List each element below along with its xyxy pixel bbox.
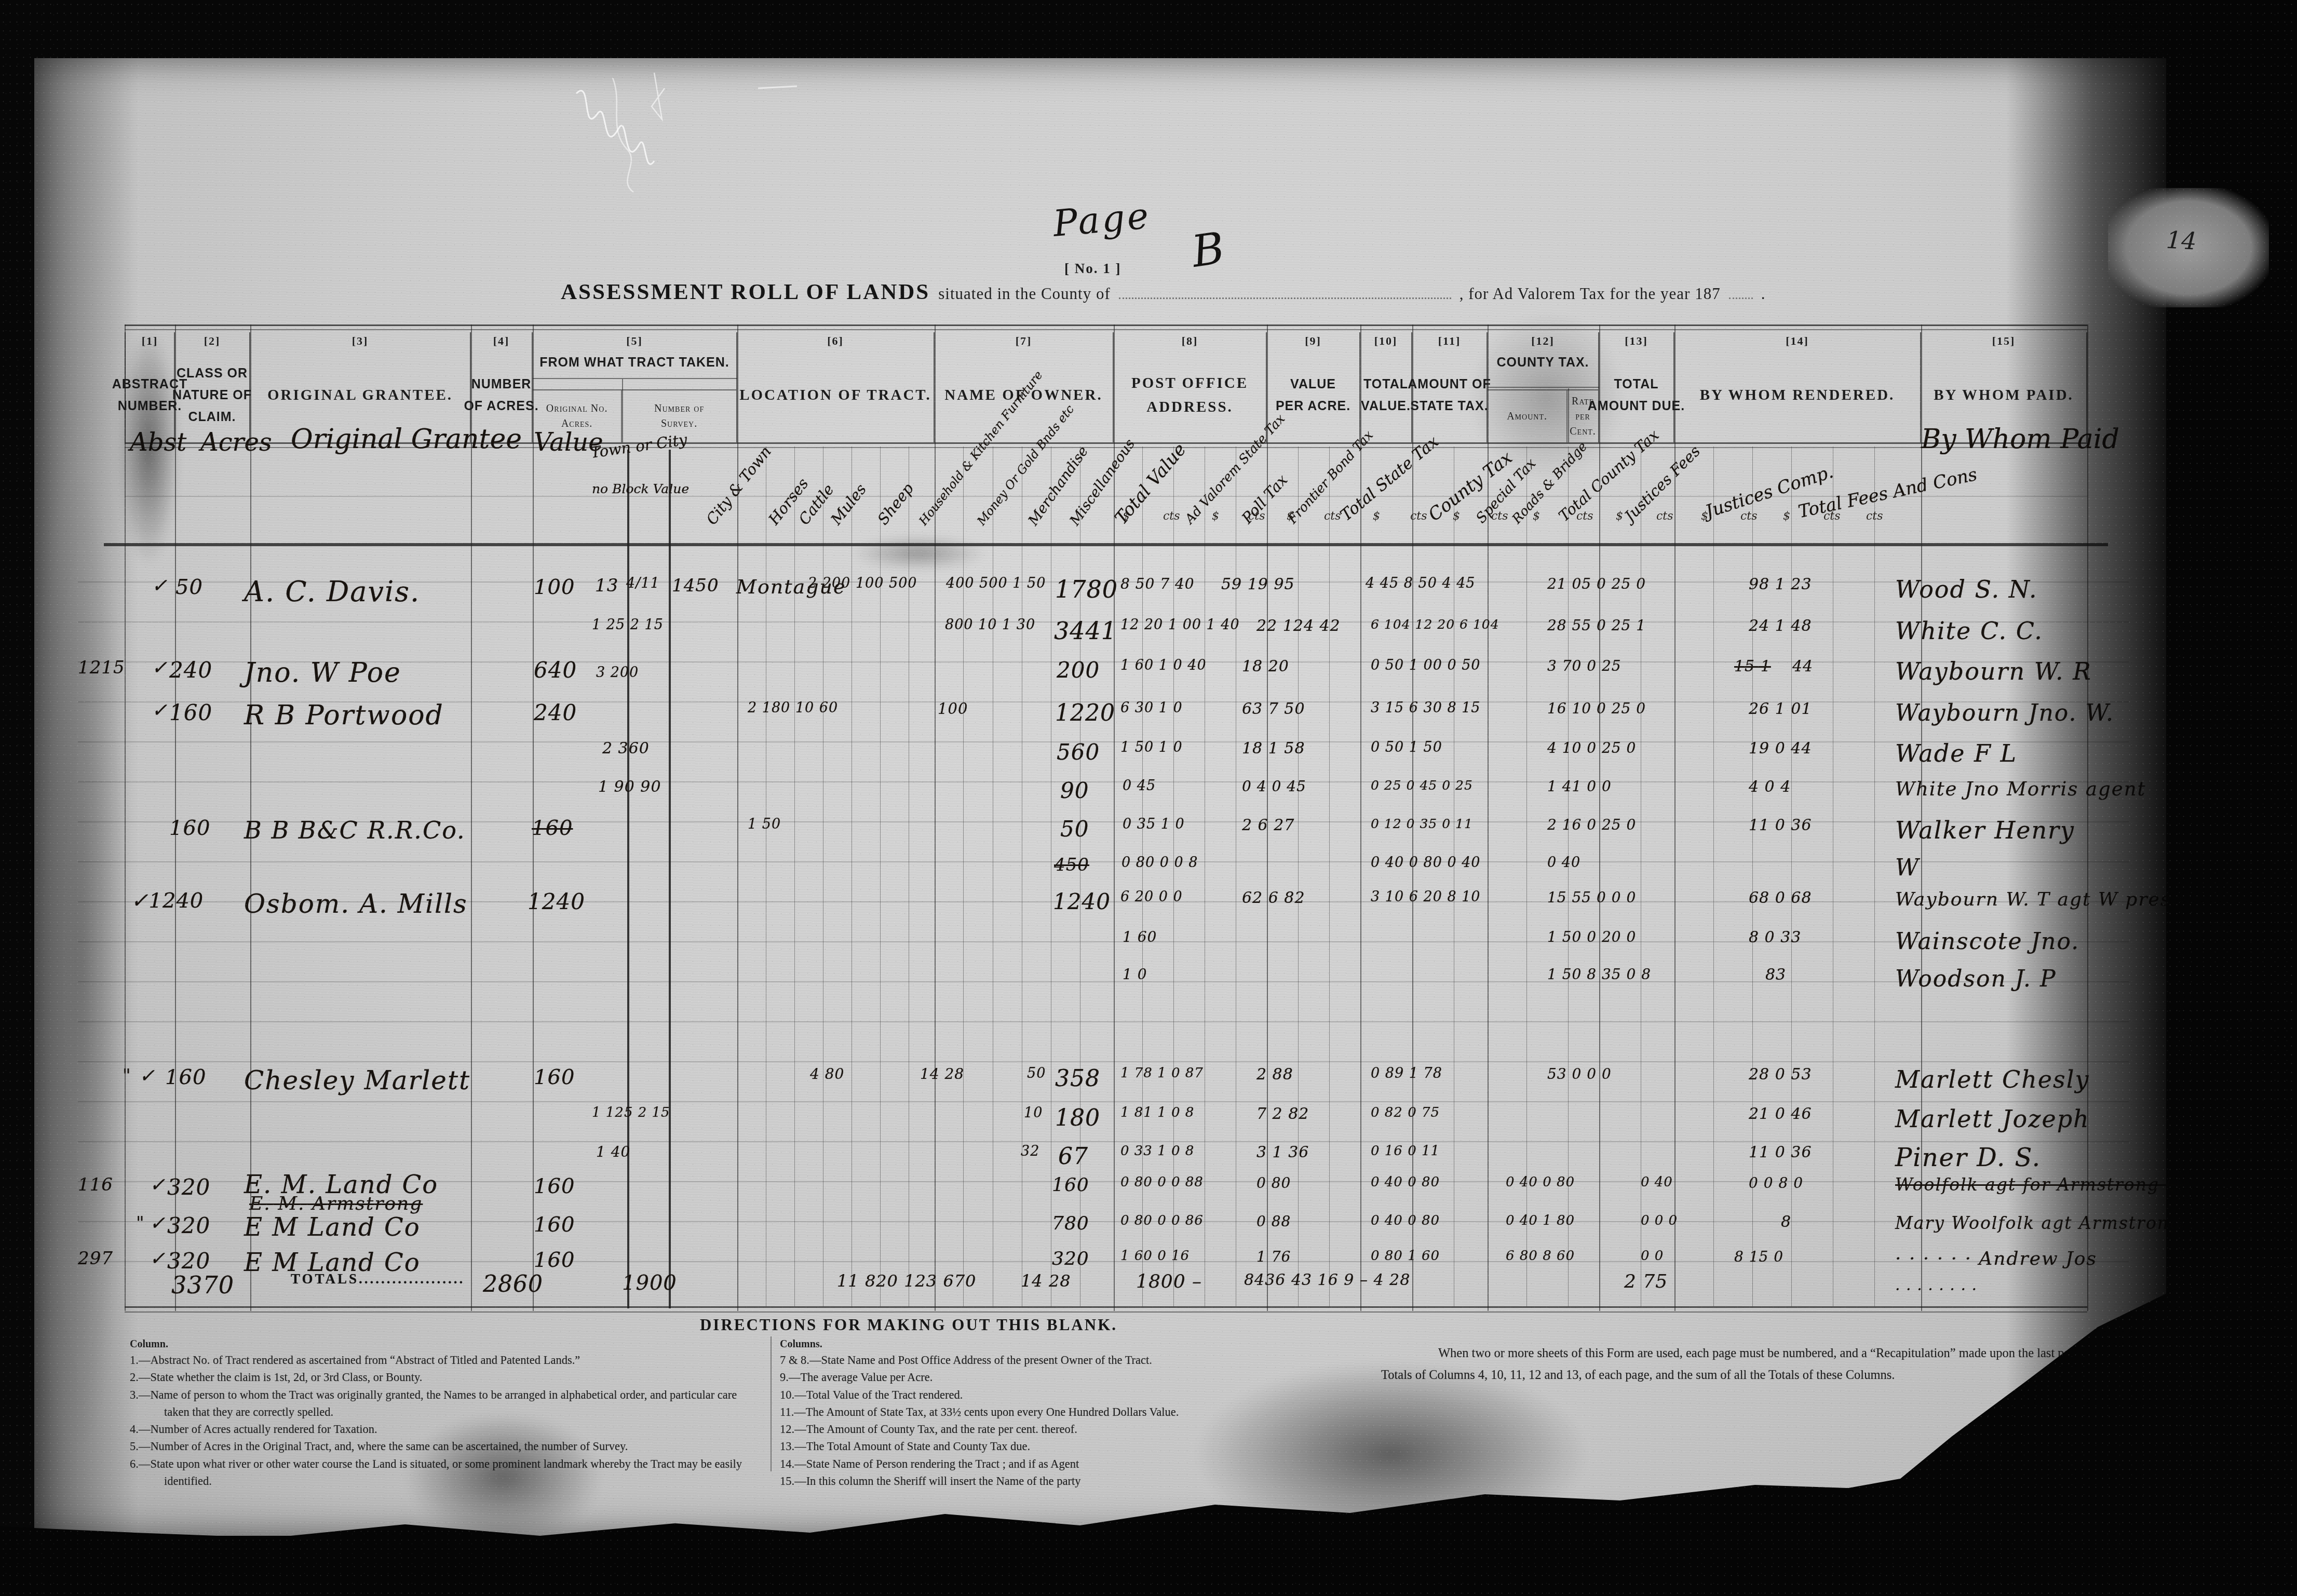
totals-entry: 1900 <box>622 1271 677 1295</box>
handwritten-entry: Wade F L <box>1895 739 2017 767</box>
handwritten-entry: 28 0 53 <box>1749 1065 1812 1084</box>
column-label-line: STATE TAX. <box>1410 399 1488 414</box>
printed-page-no: [ No. 1 ] <box>1064 261 1121 277</box>
directions-left-header: Column. <box>130 1338 761 1350</box>
handwritten-entry: 160 <box>534 1248 575 1272</box>
handwritten-entry: 0 80 0 0 88 <box>1120 1174 1204 1190</box>
handwritten-entry: 1215 <box>78 657 125 678</box>
column-label-line: COUNTY TAX. <box>1496 355 1589 370</box>
totals-entry: 1800 – <box>1136 1271 1202 1292</box>
handwritten-entry: 32 <box>1021 1143 1039 1159</box>
column-label-line: AMOUNT OF <box>1408 377 1491 392</box>
handwritten-entry: E M Land Co <box>244 1213 421 1242</box>
handwritten-entry: 640 <box>534 657 577 683</box>
currency-unit-label: $ <box>1616 510 1623 523</box>
column-number: [3] <box>352 334 369 348</box>
rule-line <box>78 941 2129 942</box>
directions-title: DIRECTIONS FOR MAKING OUT THIS BLANK. <box>535 1316 1282 1334</box>
column-subheader-line: Original No. <box>546 403 608 415</box>
column-number: [8] <box>1182 334 1198 348</box>
handwritten-entry: 1 25 2 15 <box>592 617 664 633</box>
totals-entry: 2860 <box>483 1271 543 1297</box>
handwritten-entry: 0 4 0 45 <box>1242 778 1306 795</box>
handwritten-column-label: no Block Value <box>592 481 689 496</box>
handwritten-entry: · · · · · · Andrew Jos <box>1895 1248 2097 1269</box>
handwritten-entry: ✓ <box>150 1213 166 1234</box>
handwritten-entry: 2 88 <box>1256 1065 1293 1084</box>
handwritten-entry: 0 40 1 80 <box>1506 1213 1575 1228</box>
column-subheader-line: Survey. <box>661 418 697 430</box>
rule-line <box>78 861 2129 862</box>
handwritten-entry: 1 60 0 16 <box>1120 1248 1190 1264</box>
handwritten-entry: 0 35 1 0 <box>1123 816 1185 832</box>
handwritten-entry: 1 125 2 15 <box>592 1105 670 1120</box>
directions-note: When two or more sheets of this Form are… <box>1381 1343 2176 1386</box>
handwritten-entry: 11 0 36 <box>1749 816 1812 834</box>
column-label-line: BY WHOM RENDERED. <box>1700 387 1895 404</box>
column-number: [2] <box>204 334 221 348</box>
handwritten-entry: 1 90 90 <box>598 778 661 796</box>
handwritten-entry: 1 78 1 0 87 <box>1120 1065 1204 1081</box>
handwritten-entry: 63 7 50 <box>1242 700 1305 718</box>
handwritten-entry: 8 50 7 40 <box>1120 575 1195 592</box>
handwritten-entry: Osbom. A. Mills <box>244 889 468 919</box>
handwritten-entry: 50 <box>1060 816 1089 842</box>
grid-line <box>669 450 671 1308</box>
handwritten-entry: 16 10 0 25 0 <box>1547 700 1646 717</box>
handwritten-entry: 780 <box>1052 1213 1089 1234</box>
handwritten-entry: Wood S. N. <box>1895 575 2038 603</box>
handwritten-entry: " <box>136 1213 145 1234</box>
handwritten-entry: 800 10 1 30 <box>945 617 1035 633</box>
handwritten-entry: Mary Woolfolk agt Armstrong CH <box>1895 1213 2218 1233</box>
handwritten-entry: 1 60 1 0 40 <box>1120 657 1207 673</box>
handwritten-entry: 2 16 0 25 0 <box>1547 816 1636 833</box>
column-header: [2]CLASS ORNATURE OFCLAIM. <box>175 332 250 442</box>
handwritten-entry: Wainscote Jno. <box>1895 928 2079 955</box>
year-blank-line <box>1729 280 1753 299</box>
handwritten-entry: 1 40 <box>596 1143 630 1160</box>
directions-item: 6.—State upon what river or other water … <box>130 1455 761 1490</box>
rule-line <box>78 1021 2129 1022</box>
directions-item: 14.—State Name of Person rendering the T… <box>780 1455 1338 1472</box>
handwritten-entry: 53 0 0 0 <box>1547 1065 1612 1083</box>
handwritten-entry: 50 <box>175 575 203 599</box>
handwritten-entry: 3 1 36 <box>1256 1143 1309 1161</box>
grid-line <box>2087 324 2088 1311</box>
handwritten-entry: 13 <box>595 575 618 596</box>
handwritten-column-label: Acres <box>200 428 272 457</box>
grid-line <box>622 379 623 442</box>
handwritten-entry: 0 80 0 0 8 <box>1122 855 1198 871</box>
handwritten-entry: ✓1240 <box>131 889 204 913</box>
handwritten-entry: 160 <box>1052 1174 1089 1196</box>
handwritten-entry: W <box>1895 855 1920 881</box>
column-header: [10]TOTALVALUE. <box>1360 332 1412 442</box>
rule-line <box>125 324 2087 326</box>
grid-line <box>1713 447 1714 1306</box>
handwritten-entry: 0 40 <box>1641 1174 1673 1190</box>
handwritten-entry: 160 <box>534 1174 575 1198</box>
handwritten-entry: 160 <box>169 816 210 840</box>
handwritten-entry: 320 <box>167 1174 210 1200</box>
totals-entry: 14 28 <box>1021 1271 1071 1291</box>
handwritten-entry: 0 33 1 0 8 <box>1120 1143 1194 1159</box>
handwritten-entry: 1 50 0 20 0 <box>1547 928 1636 945</box>
currency-unit-label: $ <box>1123 510 1130 523</box>
column-label-line: TOTAL <box>1363 377 1408 392</box>
rule-line <box>125 329 2087 330</box>
column-label-line: BY WHOM PAID. <box>1934 387 2074 404</box>
handwritten-entry: 297 <box>78 1248 113 1269</box>
handwritten-entry: Piner D. S. <box>1895 1143 2041 1172</box>
currency-unit-label: cts <box>1823 510 1840 523</box>
handwritten-entry: 2 200 100 500 <box>808 575 917 591</box>
handwritten-entry: 18 20 <box>1242 657 1289 675</box>
column-number: [10] <box>1374 334 1398 348</box>
column-label-line: AMOUNT DUE. <box>1588 399 1685 414</box>
directions-item: 4.—Number of Acres actually rendered for… <box>130 1421 761 1438</box>
handwritten-entry: 8 0 33 <box>1749 928 1801 946</box>
handwritten-entry: 59 19 95 <box>1221 575 1295 593</box>
column-number: [7] <box>1016 334 1032 348</box>
column-label: TOTALVALUE. <box>1361 377 1411 414</box>
grid-line <box>935 324 936 1311</box>
handwritten-entry: 0 80 <box>1256 1174 1291 1192</box>
rule-line <box>78 981 2129 982</box>
currency-unit-label: $ <box>1533 510 1540 523</box>
handwritten-entry: 98 1 23 <box>1749 575 1812 593</box>
handwritten-entry: 62 6 82 <box>1242 889 1305 907</box>
directions-item: 1.—Abstract No. of Tract rendered as asc… <box>130 1351 761 1369</box>
column-label-line: VALUE. <box>1361 399 1411 414</box>
column-label-line: LOCATION OF TRACT. <box>739 387 931 404</box>
column-header: [1]ABSTRACTNUMBER. <box>125 332 175 442</box>
handwritten-entry: Marlett Jozeph <box>1895 1105 2090 1133</box>
handwritten-entry: 0 40 0 80 <box>1371 1213 1440 1228</box>
handwritten-entry: 8 <box>1781 1213 1791 1231</box>
handwritten-entry: 1780 <box>1055 575 1118 603</box>
totals-entry: 3370 <box>171 1271 234 1299</box>
column-label: VALUEPER ACRE. <box>1276 377 1350 414</box>
handwritten-page-word: Page <box>1051 194 1152 245</box>
handwritten-entry: Marlett Chesly <box>1895 1065 2089 1093</box>
handwritten-entry: ✓ <box>150 1248 166 1269</box>
column-label-line: ORIGINAL GRANTEE. <box>267 387 453 404</box>
grid-line <box>1833 447 1833 1306</box>
handwritten-entry: 4 10 0 25 0 <box>1547 739 1636 756</box>
directions-divider <box>771 1336 772 1471</box>
handwritten-entry: 1240 <box>1053 889 1111 914</box>
form-title-main: ASSESSMENT ROLL OF LANDS <box>561 279 930 305</box>
directions-item: 12.—The Amount of County Tax, and the ra… <box>780 1421 1338 1438</box>
currency-unit-label: $ <box>1453 510 1460 523</box>
currency-unit-label: $ <box>1212 510 1219 523</box>
column-header: [8]POST OFFICEADDRESS. <box>1114 332 1267 442</box>
handwritten-entry: 0 12 0 35 0 11 <box>1371 816 1473 831</box>
handwritten-entry: 1 50 <box>748 816 781 832</box>
column-label-line: NUMBER <box>471 377 532 392</box>
directions-right-column: Columns. 7 & 8.—State Name and Post Offi… <box>780 1338 1338 1490</box>
county-blank-line <box>1119 280 1451 299</box>
handwritten-entry: 44 <box>1792 657 1813 675</box>
grid-line <box>471 324 472 1311</box>
handwritten-entry: 0 45 <box>1123 778 1156 794</box>
handwritten-entry: 450 <box>1054 855 1089 875</box>
handwritten-entry: Jno. W Poe <box>244 657 401 688</box>
currency-unit-label: $ <box>1287 510 1294 523</box>
handwritten-entry: Woolfolk agt for Armstrong CH <box>1895 1174 2196 1195</box>
column-label: TOTALAMOUNT DUE. <box>1588 377 1685 414</box>
handwritten-entry: 358 <box>1055 1065 1100 1092</box>
rule-line <box>78 1101 2129 1102</box>
column-label-line: OF ACRES. <box>464 399 538 414</box>
handwritten-entry: 160 <box>534 1065 575 1089</box>
rule-line <box>104 543 2108 546</box>
handwritten-entry: 67 <box>1058 1143 1088 1170</box>
grid-line <box>1051 447 1051 1306</box>
directions-right-header: Columns. <box>780 1338 1338 1350</box>
currency-unit-label: cts <box>1248 510 1265 523</box>
column-header: [11]AMOUNT OFSTATE TAX. <box>1412 332 1488 442</box>
handwritten-entry: 4/11 <box>626 575 660 591</box>
handwritten-entry: 240 <box>169 657 212 683</box>
grid-line <box>125 324 126 1311</box>
handwritten-entry: 116 <box>78 1174 113 1195</box>
handwritten-entry: 50 <box>1027 1065 1046 1081</box>
column-label: CLASS ORNATURE OFCLAIM. <box>172 366 252 425</box>
handwritten-entry: 320 <box>167 1213 210 1238</box>
column-number: [13] <box>1625 334 1648 348</box>
currency-unit-label: cts <box>1324 510 1341 523</box>
handwritten-entry: 0 0 0 <box>1641 1213 1678 1228</box>
handwritten-entry: 28 55 0 25 1 <box>1547 617 1646 634</box>
form-title-mid: situated in the County of <box>938 285 1111 303</box>
handwritten-entry: 22 124 42 <box>1256 617 1341 635</box>
handwritten-entry: 1 0 <box>1123 966 1147 983</box>
handwritten-entry: Chesley Marlett <box>244 1065 470 1095</box>
column-subheader-cell: Amount. <box>1488 390 1568 442</box>
handwritten-entry: 0 89 1 78 <box>1371 1065 1442 1081</box>
rule-line <box>125 1306 2087 1308</box>
handwritten-entry: B B B&C R.R.Co. <box>244 816 466 844</box>
directions-item: 9.—The average Value per Acre. <box>780 1369 1338 1386</box>
rule-line <box>78 781 2129 782</box>
handwritten-entry: 0 82 0 75 <box>1371 1105 1440 1120</box>
directions-item: 13.—The Total Amount of State and County… <box>780 1438 1338 1455</box>
handwritten-entry: · · · · · · · · <box>1895 1280 1977 1299</box>
rule-line <box>1488 387 1599 388</box>
handwritten-entry: 24 1 48 <box>1749 617 1812 635</box>
rule-line <box>78 741 2129 742</box>
handwritten-entry: 2 6 27 <box>1242 816 1294 834</box>
column-label-line: FROM WHAT TRACT TAKEN. <box>539 355 729 370</box>
handwritten-entry: 2 360 <box>602 739 650 758</box>
handwritten-entry: 3441 <box>1054 617 1117 645</box>
directions-item: 10.—Total Value of the Tract rendered. <box>780 1386 1338 1403</box>
grid-line <box>1568 388 1569 442</box>
handwritten-entry: 0 50 1 50 <box>1371 739 1442 755</box>
column-label-line: NATURE OF <box>172 388 252 403</box>
handwritten-entry: 0 40 <box>1547 855 1580 871</box>
grid-line <box>1360 324 1361 1311</box>
handwritten-column-label: Original Grantee <box>291 424 522 455</box>
directions-item: 15.—In this column the Sheriff will inse… <box>780 1472 1338 1490</box>
handwritten-entry: 0 25 0 45 0 25 <box>1371 778 1473 793</box>
handwritten-entry: 83 <box>1765 966 1786 984</box>
column-number: [15] <box>1992 334 2016 348</box>
handwritten-entry: 26 1 01 <box>1749 700 1812 718</box>
form-title-period: . <box>1761 285 1766 303</box>
handwritten-entry: Woodson J. P <box>1895 966 2057 992</box>
handwritten-page-letter: B <box>1188 222 1227 277</box>
directions-item: 7 & 8.—State Name and Post Office Addres… <box>780 1351 1338 1369</box>
currency-unit-label: cts <box>1656 510 1673 523</box>
column-label: FROM WHAT TRACT TAKEN. <box>539 355 729 370</box>
currency-unit-label: cts <box>1576 510 1593 523</box>
handwritten-entry: 3 200 <box>596 665 639 681</box>
column-subheader-line: Cent. <box>1570 426 1596 438</box>
handwritten-entry: Waybourn Jno. W. <box>1895 700 2114 726</box>
column-label: NUMBEROF ACRES. <box>464 377 538 414</box>
handwritten-entry: 1450 <box>672 575 719 596</box>
handwritten-entry: R B Portwood <box>244 700 444 731</box>
column-label: ORIGINAL GRANTEE. <box>267 387 453 404</box>
column-label: COUNTY TAX. <box>1496 355 1589 370</box>
handwritten-entry: 160 <box>532 816 573 840</box>
column-header: [14]BY WHOM RENDERED. <box>1674 332 1921 442</box>
handwritten-entry: 8 15 0 <box>1734 1248 1783 1265</box>
currency-unit-label: $ <box>1373 510 1380 523</box>
handwritten-entry: 0 40 0 80 <box>1506 1174 1575 1190</box>
handwritten-entry: 320 <box>1052 1248 1089 1269</box>
rule-line <box>533 378 737 379</box>
grid-line <box>1874 447 1875 1306</box>
currency-unit-label: cts <box>1163 510 1180 523</box>
handwritten-entry: 1220 <box>1055 700 1115 726</box>
currency-unit-label: $ <box>1783 510 1790 523</box>
handwritten-entry: 100 <box>534 575 575 599</box>
handwritten-entry: 240 <box>534 700 577 725</box>
rule-line <box>125 1311 2087 1313</box>
handwritten-entry: 4 80 <box>810 1065 844 1083</box>
corner-gray-patch: 14 <box>2108 188 2269 307</box>
rule-line <box>78 1141 2129 1142</box>
handwritten-entry: Waybourn W. T agt W pres. <box>1895 889 2178 910</box>
currency-unit-label: cts <box>1740 510 1757 523</box>
handwritten-corner-number: 14 <box>2166 226 2197 255</box>
handwritten-entry: 14 28 <box>920 1065 964 1083</box>
handwritten-entry: 180 <box>1055 1105 1100 1131</box>
column-number: [9] <box>1305 334 1321 348</box>
handwritten-entry: 6 30 1 0 <box>1120 700 1183 716</box>
handwritten-entry: 0 80 0 0 86 <box>1120 1213 1204 1228</box>
handwritten-entry: 2 180 10 60 <box>748 700 838 716</box>
handwritten-entry: 320 <box>167 1248 210 1274</box>
handwritten-entry: ✓ <box>152 700 168 721</box>
handwritten-entry: ✓ <box>150 1174 166 1196</box>
column-label-line: CLAIM. <box>188 410 236 425</box>
handwritten-entry: 160 <box>169 700 212 725</box>
directions-item: 11.—The Amount of State Tax, at 33½ cent… <box>780 1403 1338 1421</box>
handwritten-entry: A. C. Davis. <box>244 575 420 608</box>
grid-line <box>1329 447 1330 1306</box>
totals-entry: 2 75 <box>1624 1271 1668 1292</box>
handwritten-entry: 0 80 1 60 <box>1371 1248 1440 1264</box>
column-label: BY WHOM RENDERED. <box>1700 387 1895 404</box>
column-label-line: VALUE <box>1290 377 1336 392</box>
grid-line <box>1298 447 1299 1306</box>
handwritten-entry: Waybourn W. R <box>1895 657 2092 685</box>
handwritten-entry: 90 <box>1060 778 1089 803</box>
handwritten-entry: 1 60 <box>1123 928 1157 945</box>
handwritten-entry: 4 45 8 50 4 45 <box>1366 575 1476 591</box>
grid-line <box>1205 447 1205 1306</box>
handwritten-entry: 160 <box>165 1065 206 1089</box>
column-subheader-line: Amount. <box>1507 411 1547 423</box>
handwritten-column-label: Abst <box>130 428 186 457</box>
handwritten-entry: 160 <box>534 1213 575 1237</box>
handwritten-entry: 1 41 0 0 <box>1547 778 1612 795</box>
handwritten-entry: 0 40 0 80 <box>1371 1174 1440 1190</box>
directions-item: 2.—State whether the claim is 1st, 2d, o… <box>130 1369 761 1386</box>
handwritten-entry: 200 <box>1057 657 1100 683</box>
handwritten-entry: 1 81 1 0 8 <box>1120 1105 1194 1120</box>
handwritten-entry: 15 1 <box>1734 657 1771 675</box>
handwritten-entry: E. M. Armstrong <box>249 1193 423 1214</box>
column-number: [14] <box>1786 334 1809 348</box>
handwritten-entry: White C. C. <box>1895 617 2043 645</box>
column-number: [11] <box>1438 334 1461 348</box>
column-number: [5] <box>626 334 643 348</box>
handwritten-entry: White Jno Morris agent <box>1895 778 2146 800</box>
handwritten-entry: ✓ <box>152 657 168 679</box>
handwritten-entry: 4 0 4 <box>1749 778 1791 796</box>
form-title: ASSESSMENT ROLL OF LANDS situated in the… <box>561 279 1765 305</box>
handwritten-column-label: By Whom Paid <box>1921 424 2119 455</box>
handwritten-entry: 10 <box>1024 1105 1043 1121</box>
directions-item: 5.—Number of Acres in the Original Tract… <box>130 1438 761 1455</box>
directions-left-column: Column. 1.—Abstract No. of Tract rendere… <box>130 1338 761 1490</box>
handwritten-entry: 0 0 8 0 <box>1749 1174 1803 1192</box>
handwritten-entry: 11 0 36 <box>1749 1143 1812 1161</box>
handwritten-entry: 1240 <box>528 889 585 914</box>
handwritten-entry: 100 <box>938 700 968 718</box>
handwritten-entry: 21 05 0 25 0 <box>1547 575 1646 592</box>
totals-entry: TOTALS................... <box>291 1271 465 1287</box>
handwritten-entry: 0 16 0 11 <box>1371 1143 1440 1159</box>
column-label-line: CLASS OR <box>177 366 248 381</box>
totals-entry: 8436 43 16 9 – 4 28 <box>1244 1271 1410 1289</box>
handwritten-entry: 400 500 1 50 <box>946 575 1046 591</box>
form-title-tail: , for Ad Valorem Tax for the year 187 <box>1460 285 1721 303</box>
handwritten-entry: 6 104 12 20 6 104 <box>1371 617 1499 632</box>
handwritten-entry: 0 40 0 80 0 40 <box>1371 855 1481 871</box>
handwritten-entry: 560 <box>1057 739 1100 765</box>
handwritten-entry: ✓ <box>152 575 168 597</box>
column-number: [1] <box>142 334 158 348</box>
rule-line <box>125 496 2087 497</box>
column-number: [12] <box>1531 334 1555 348</box>
column-number: [4] <box>493 334 510 348</box>
handwritten-entry: 1 50 1 0 <box>1120 739 1183 755</box>
column-number: [6] <box>827 334 844 348</box>
handwritten-entry: 0 88 <box>1256 1213 1291 1230</box>
handwritten-entry: 0 50 1 00 0 50 <box>1371 657 1481 673</box>
handwritten-entry: 7 2 82 <box>1256 1105 1309 1123</box>
column-header: [13]TOTALAMOUNT DUE. <box>1599 332 1674 442</box>
handwritten-entry: 1 50 8 35 0 8 <box>1547 966 1651 983</box>
